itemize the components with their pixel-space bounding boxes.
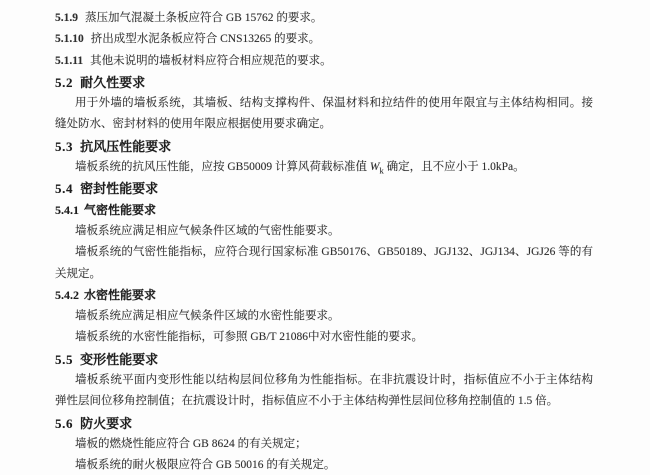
heading-title: 气密性能要求	[84, 203, 156, 217]
heading-5-3: 5.3抗风压性能要求	[55, 136, 593, 157]
heading-title: 抗风压性能要求	[80, 139, 171, 154]
para-deformation-line-1: 墙板系统平面内变形性能以结构层间位移角为性能指标。在非抗震设计时，指标值应不小于…	[55, 370, 593, 391]
heading-title: 变形性能要求	[80, 352, 158, 367]
para-watertight-line-1: 墙板系统应满足相应气候条件区域的水密性能要求。	[55, 306, 593, 327]
para-durability-line-2: 缝处防水、密封材料的使用年限应根据使用要求确定。	[55, 114, 593, 135]
para-airtight-line-3: 关规定。	[55, 264, 593, 285]
heading-5-5: 5.5变形性能要求	[55, 349, 593, 370]
para-deformation-line-2: 弹性层间位移角控制值；在抗震设计时，指标值应不小于主体结构弹性层间位移角控制值的…	[55, 391, 593, 412]
para-fire-line-2: 墙板系统的耐火极限应符合 GB 50016 的有关规定。	[55, 455, 593, 475]
para-durability-line-1: 用于外墙的墙板系统，其墙板、结构支撑构件、保温材料和拉结件的使用年限宜与主体结构…	[55, 93, 593, 114]
clause-number: 5.1.10	[55, 33, 84, 45]
clause-5-1-11: 5.1.11其他未说明的墙板材料应符合相应规范的要求。	[55, 51, 593, 72]
heading-5-4-2: 5.4.2水密性能要求	[55, 285, 593, 306]
heading-number: 5.4.2	[55, 288, 79, 302]
clause-text: 其他未说明的墙板材料应符合相应规范的要求。	[90, 55, 332, 67]
heading-number: 5.6	[55, 416, 73, 431]
wind-load-symbol: W	[370, 161, 380, 173]
heading-title: 防火要求	[80, 416, 132, 431]
document-page: 5.1.9蒸压加气混凝土条板应符合 GB 15762 的要求。 5.1.10挤出…	[0, 0, 650, 475]
heading-number: 5.5	[55, 352, 73, 367]
heading-number: 5.3	[55, 139, 73, 154]
heading-title: 密封性能要求	[80, 181, 158, 196]
clause-5-1-9: 5.1.9蒸压加气混凝土条板应符合 GB 15762 的要求。	[55, 8, 593, 29]
clause-text: 挤出成型水泥条板应符合 CNS13265 的要求。	[91, 33, 320, 45]
clause-text: 蒸压加气混凝土条板应符合 GB 15762 的要求。	[85, 12, 322, 24]
heading-number: 5.4	[55, 181, 73, 196]
clause-5-1-10: 5.1.10挤出成型水泥条板应符合 CNS13265 的要求。	[55, 29, 593, 50]
heading-title: 耐久性要求	[80, 75, 145, 90]
para-airtight-line-2: 墙板系统的气密性能指标，应符合现行国家标准 GB50176、GB50189、JG…	[55, 242, 593, 263]
heading-title: 水密性能要求	[84, 288, 156, 302]
para-watertight-line-2: 墙板系统的水密性能指标，可参照 GB/T 21086中对水密性能的要求。	[55, 327, 593, 348]
para-fire-line-1: 墙板的燃烧性能应符合 GB 8624 的有关规定；	[55, 434, 593, 455]
heading-5-2: 5.2耐久性要求	[55, 72, 593, 93]
heading-number: 5.4.1	[55, 203, 79, 217]
formula-text-before: 墙板系统的抗风压性能，应按 GB50009 计算风荷载标准值	[75, 161, 370, 173]
para-airtight-line-1: 墙板系统应满足相应气候条件区域的气密性能要求。	[55, 221, 593, 242]
clause-number: 5.1.9	[55, 12, 78, 24]
formula-text-after: 确定，且不应小于 1.0kPa。	[384, 161, 525, 173]
heading-5-4: 5.4密封性能要求	[55, 178, 593, 199]
heading-5-4-1: 5.4.1气密性能要求	[55, 200, 593, 221]
para-wind-pressure: 墙板系统的抗风压性能，应按 GB50009 计算风荷载标准值 Wk 确定，且不应…	[55, 157, 593, 178]
heading-5-6: 5.6防火要求	[55, 413, 593, 434]
clause-number: 5.1.11	[55, 55, 83, 67]
heading-number: 5.2	[55, 75, 73, 90]
